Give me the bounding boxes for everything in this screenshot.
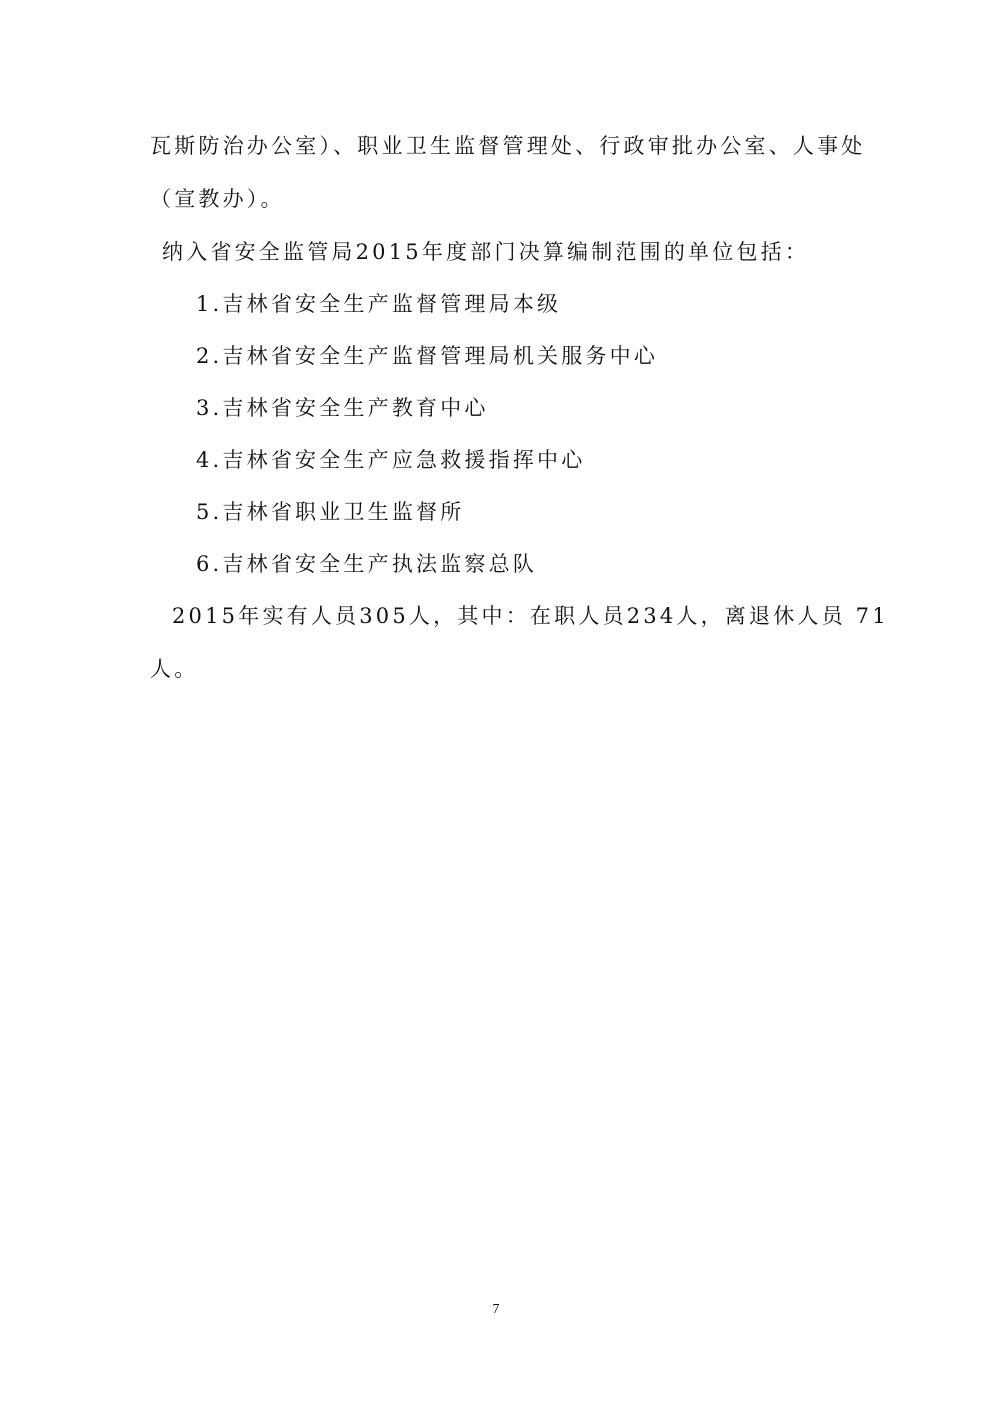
staff-paragraph-line: 2015年实有人员305人，其中：在职人员234人，离退休人员 71 (172, 603, 889, 629)
unit-list-item: 6.吉林省安全生产执法监察总队 (196, 551, 537, 577)
page-number: 7 (0, 1302, 992, 1318)
unit-list-item: 2.吉林省安全生产监督管理局机关服务中心 (196, 343, 658, 369)
paragraph-line: （宣教办）。 (150, 186, 285, 212)
unit-list-item: 3.吉林省安全生产教育中心 (196, 395, 489, 421)
staff-paragraph-line: 人。 (150, 656, 198, 682)
paragraph-line: 纳入省安全监管局2015年度部门决算编制范围的单位包括： (162, 239, 809, 265)
paragraph-line: 瓦斯防治办公室）、职业卫生监督管理处、行政审批办公室、人事处 (150, 133, 866, 159)
unit-list-item: 4.吉林省安全生产应急救援指挥中心 (196, 447, 585, 473)
unit-list-item: 5.吉林省职业卫生监督所 (196, 499, 464, 525)
unit-list-item: 1.吉林省安全生产监督管理局本级 (196, 291, 561, 317)
